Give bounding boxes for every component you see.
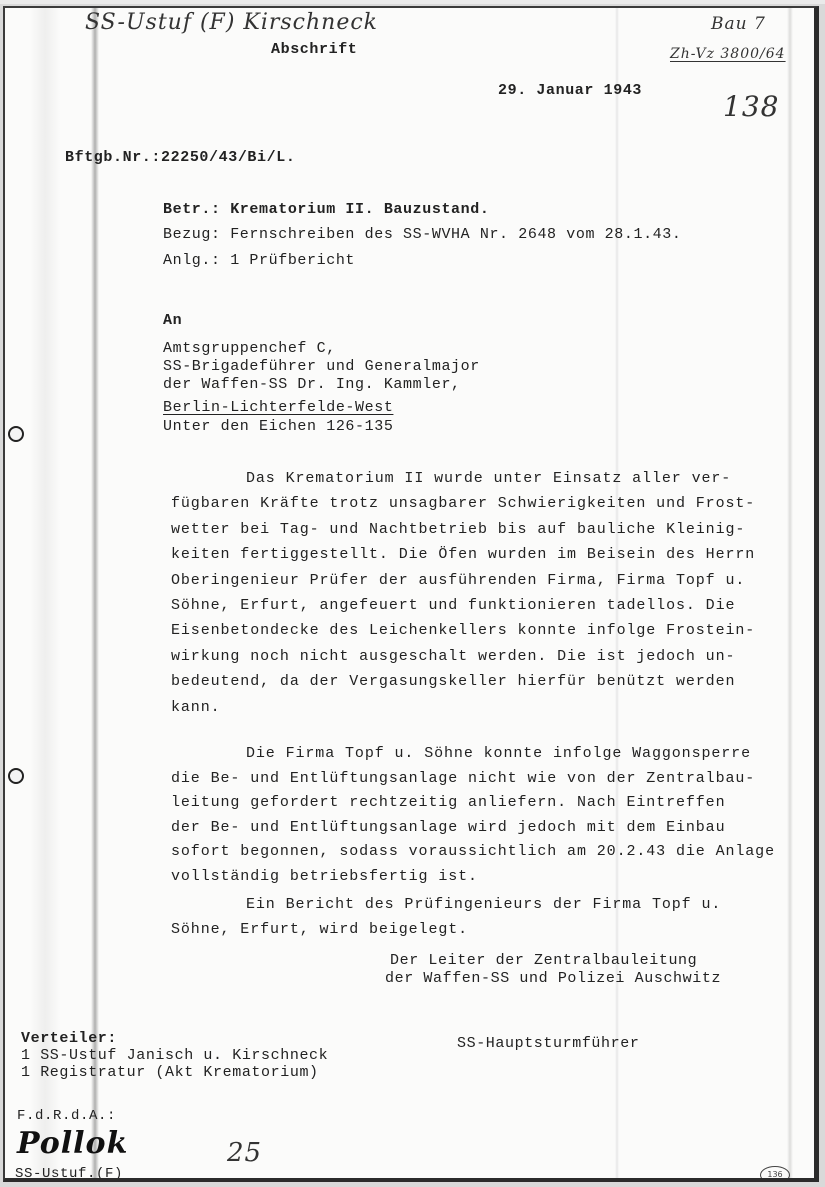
certification-signature: Pollok [17, 1126, 128, 1161]
fold-shadow [91, 8, 99, 1178]
certification-label: F.d.R.d.A.: [17, 1108, 116, 1124]
recipient-city: Berlin-Lichterfelde-West [163, 399, 393, 416]
fold-shadow [787, 8, 793, 1178]
punch-hole-icon [8, 426, 24, 442]
recipient-line: SS-Brigadeführer und Generalmajor [163, 358, 480, 375]
certification-rank: SS-Ustuf.(F) [15, 1166, 123, 1182]
body-line: kann. [171, 699, 221, 716]
signature-block-line: Der Leiter der Zentralbauleitung [390, 952, 697, 969]
document-date: 29. Januar 1943 [498, 82, 642, 99]
body-line: wirkung noch nicht ausgeschalt werden. D… [171, 648, 735, 665]
reference-number: Bftgb.Nr.:22250/43/Bi/L. [65, 149, 295, 166]
handwritten-bottom-number: 25 [227, 1138, 262, 1168]
attachment-line: Anlg.: 1 Prüfbericht [163, 252, 355, 269]
document-page: SS-Ustuf (F) Kirschneck Bau 7 Zh-Vz 3800… [3, 6, 819, 1182]
document-heading: Abschrift [271, 41, 357, 58]
body-line: die Be- und Entlüftungsanlage nicht wie … [171, 770, 755, 787]
scan-top-edge [0, 0, 825, 4]
body-line: vollständig betriebsfertig ist. [171, 868, 478, 885]
distribution-label: Verteiler: [21, 1030, 117, 1047]
handwritten-top-note: SS-Ustuf (F) Kirschneck [85, 10, 378, 35]
body-line: fügbaren Kräfte trotz unsagbarer Schwier… [171, 495, 755, 512]
fold-shadow [615, 8, 619, 1178]
archive-stamp: 136 [760, 1166, 790, 1182]
body-line: leitung gefordert rechtzeitig anliefern.… [171, 794, 725, 811]
body-line: Das Krematorium II wurde unter Einsatz a… [246, 470, 731, 487]
body-line: Die Firma Topf u. Söhne konnte infolge W… [246, 745, 751, 762]
subject-line: Betr.: Krematorium II. Bauzustand. [163, 201, 489, 218]
fold-shadow [30, 8, 60, 1178]
body-line: wetter bei Tag- und Nachtbetrieb bis auf… [171, 521, 745, 538]
body-line: Söhne, Erfurt, wird beigelegt. [171, 921, 468, 938]
distribution-line: 1 SS-Ustuf Janisch u. Kirschneck [21, 1047, 328, 1064]
handwritten-page-number: 138 [723, 90, 779, 123]
body-line: Eisenbetondecke des Leichenkellers konnt… [171, 622, 755, 639]
handwritten-corner-note-1: Bau 7 [711, 14, 766, 34]
body-line: bedeutend, da der Vergasungskeller hierf… [171, 673, 735, 690]
body-line: Oberingenieur Prüfer der ausführenden Fi… [171, 572, 745, 589]
handwritten-corner-note-2: Zh-Vz 3800/64 [670, 46, 786, 62]
body-line: keiten fertiggestellt. Die Öfen wurden i… [171, 546, 755, 563]
distribution-line: 1 Registratur (Akt Krematorium) [21, 1064, 319, 1081]
body-line: der Be- und Entlüftungsanlage wird jedoc… [171, 819, 725, 836]
recipient-line: Amtsgruppenchef C, [163, 340, 336, 357]
body-line: Söhne, Erfurt, angefeuert und funktionie… [171, 597, 735, 614]
signature-block-line: der Waffen-SS und Polizei Auschwitz [385, 970, 721, 987]
reference-line: Bezug: Fernschreiben des SS-WVHA Nr. 264… [163, 226, 681, 243]
body-line: sofort begonnen, sodass voraussichtlich … [171, 843, 775, 860]
recipient-line: der Waffen-SS Dr. Ing. Kammler, [163, 376, 461, 393]
punch-hole-icon [8, 768, 24, 784]
recipient-label: An [163, 312, 182, 329]
signature-rank: SS-Hauptsturmführer [457, 1035, 639, 1052]
body-line: Ein Bericht des Prüfingenieurs der Firma… [246, 896, 721, 913]
recipient-street: Unter den Eichen 126-135 [163, 418, 393, 435]
